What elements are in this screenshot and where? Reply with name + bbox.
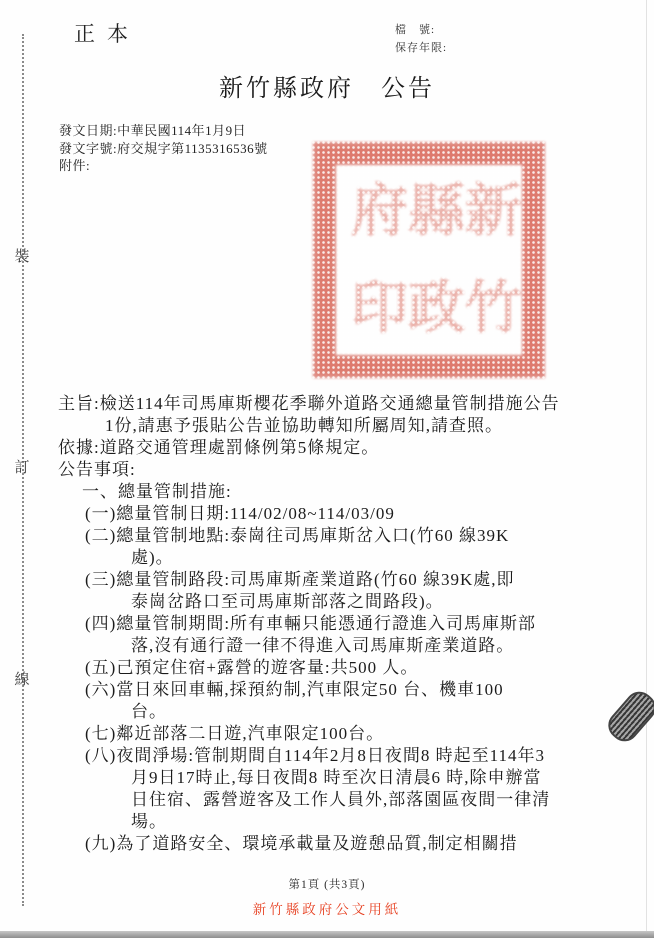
attachment-line: 附件: [59, 157, 268, 175]
body-line: 落,沒有通行證一律不得進入司馬庫斯產業道路。 [58, 635, 624, 657]
body-line: 主旨:檢送114年司馬庫斯櫻花季聯外道路交通總量管制措施公告 [58, 393, 624, 415]
body-line: (三)總量管制路段:司馬庫斯產業道路(竹60 線39K處,即 [58, 569, 624, 591]
scanned-official-announcement-page: 裝 訂 線 正本 檔 號:保存年限: 新竹縣政府 公告 發文日期:中華民國114… [0, 0, 654, 938]
body-line: 泰崗岔路口至司馬庫斯部落之間路段)。 [58, 591, 624, 613]
body-line: 公告事項: [58, 459, 624, 481]
body-line: 月9日17時止,每日夜間8 時至次日清晨6 時,除申辦當 [58, 767, 624, 789]
body-line: 台。 [58, 701, 624, 723]
body-line: (二)總量管制地點:泰崗往司馬庫斯岔入口(竹60 線39K [58, 525, 624, 547]
body-line: 依據:道路交通管理處罰條例第5條規定。 [58, 437, 624, 459]
body-line: 場。 [58, 811, 624, 833]
body-line: 日住宿、露營遊客及工作人員外,部落園區夜間一律清 [58, 789, 624, 811]
body-line: (九)為了道路安全、環境承載量及遊憩品質,制定相關措 [58, 833, 624, 855]
retention-period-label: 保存年限: [395, 42, 447, 54]
body-line: (四)總量管制期間:所有車輛只能憑通行證進入司馬庫斯部 [58, 613, 624, 635]
official-red-seal: 府 印 縣 政 新 竹 [313, 142, 545, 378]
issue-date-line: 發文日期:中華民國114年1月9日 [59, 122, 268, 140]
seal-texture-overlay [311, 140, 547, 380]
official-paper-label: 新竹縣政府公文用紙 [0, 898, 654, 918]
binding-mark-zhuang: 裝 [13, 245, 31, 266]
document-title: 新竹縣政府 公告 [0, 68, 654, 103]
issue-number-line: 發文字號:府交規字第1135316536號 [59, 140, 268, 158]
scan-bottom-bar [0, 931, 654, 938]
scan-right-edge-line [646, 0, 647, 938]
body-line: (五)己預定住宿+露營的遊客量:共500 人。 [58, 657, 624, 679]
binding-mark-xian: 線 [13, 668, 31, 689]
announcement-body: 主旨:檢送114年司馬庫斯櫻花季聯外道路交通總量管制措施公告 1份,請惠予張貼公… [58, 393, 624, 855]
body-line: (一)總量管制日期:114/02/08~114/03/09 [58, 503, 624, 525]
filing-info: 檔 號:保存年限: [395, 21, 447, 57]
file-number-label: 檔 號: [395, 24, 435, 36]
issue-meta-block: 發文日期:中華民國114年1月9日 發文字號:府交規字第1135316536號 … [59, 122, 268, 175]
body-line: 1份,請惠予張貼公告並協助轉知所屬周知,請查照。 [58, 415, 624, 437]
body-line: (七)鄰近部落二日遊,汽車限定100台。 [58, 723, 624, 745]
binding-mark-ding: 訂 [13, 456, 31, 477]
page-number-info: 第1頁 (共3頁) [0, 876, 654, 892]
copy-type-label: 正本 [74, 18, 140, 48]
body-line: (六)當日來回車輛,採預約制,汽車限定50 台、機車100 [58, 679, 624, 701]
body-line: (八)夜間淨場:管制期間自114年2月8日夜間8 時起至114年3 [58, 745, 624, 767]
body-line: 處)。 [58, 547, 624, 569]
body-line: 一、總量管制措施: [58, 481, 624, 503]
